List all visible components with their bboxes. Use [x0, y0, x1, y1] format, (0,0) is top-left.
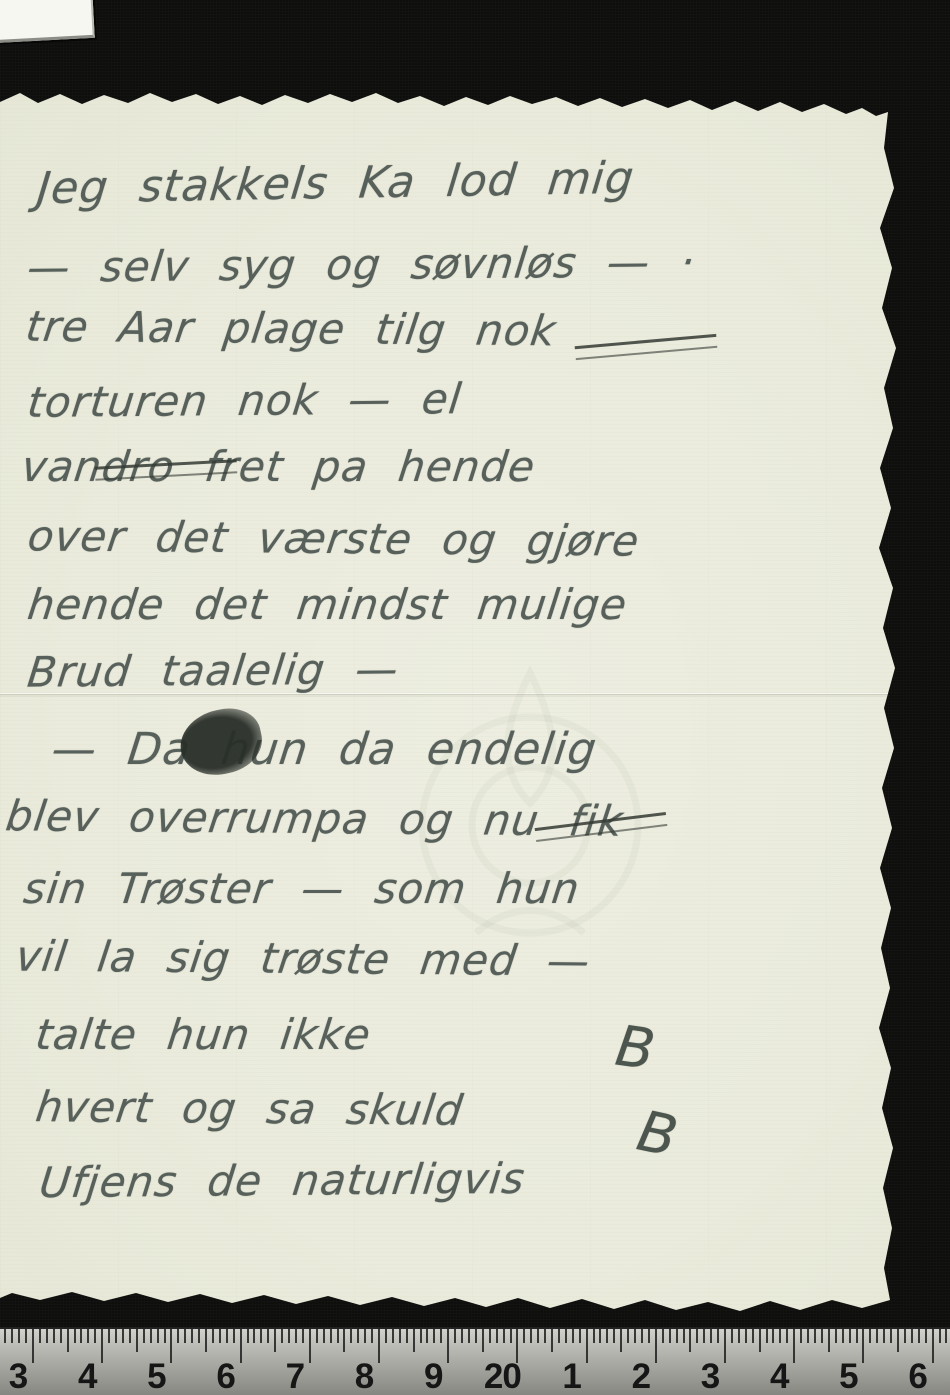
handwriting-line: talte hun ikke	[33, 1010, 374, 1059]
ruler-tick	[821, 1329, 823, 1343]
ruler-tick	[247, 1329, 249, 1343]
ruler-tick	[53, 1329, 55, 1343]
ruler-tick	[4, 1329, 6, 1343]
ruler-tick	[357, 1329, 359, 1343]
ruler-tick	[862, 1329, 864, 1363]
ruler-tick	[426, 1329, 428, 1343]
handwriting-line: tre Aar plage tilg nok	[23, 302, 559, 356]
ruler-tick	[274, 1329, 276, 1352]
ruler-tick	[11, 1329, 13, 1343]
ruler-tick	[696, 1329, 698, 1343]
ruler-tick	[323, 1329, 325, 1343]
ruler-tick	[932, 1329, 934, 1363]
ruler-tick	[447, 1329, 449, 1363]
ruler-tick	[316, 1329, 318, 1343]
ruler-tick	[648, 1329, 650, 1343]
ruler-tick	[143, 1329, 145, 1343]
ruler-tick	[793, 1329, 795, 1363]
handwriting-line: — Da hun da endelig	[49, 724, 600, 775]
ruler-tick	[39, 1329, 41, 1343]
ruler-tick	[586, 1329, 588, 1363]
ruler-tick	[731, 1329, 733, 1343]
ruler-tick	[890, 1329, 892, 1343]
ruler-tick	[558, 1329, 560, 1343]
ruler-tick	[925, 1329, 927, 1343]
ruler-number: 6	[908, 1357, 926, 1395]
ruler-tick	[703, 1329, 705, 1343]
ruler-tick	[170, 1329, 172, 1363]
ruler-number: 4	[770, 1357, 788, 1395]
ruler-tick	[593, 1329, 595, 1343]
handwriting-line: blev overrumpa og nu fik	[3, 791, 626, 845]
ruler-tick	[94, 1329, 96, 1343]
ruler-tick	[150, 1329, 152, 1343]
ruler-number: 20	[484, 1357, 521, 1395]
ruler-tick	[108, 1329, 110, 1343]
ruler-tick	[46, 1329, 48, 1343]
handwriting-line: Brud taalelig —	[25, 644, 401, 696]
ruler-tick	[599, 1329, 601, 1343]
ruler-tick	[461, 1329, 463, 1343]
ruler-tick	[350, 1329, 352, 1343]
ruler-number: 9	[424, 1357, 442, 1395]
ruler-tick	[295, 1329, 297, 1343]
ruler-tick	[198, 1329, 200, 1343]
handwriting-layer: Jeg stakkels Ka lod mig— selv syg og søv…	[0, 0, 950, 1395]
ruler-tick	[510, 1329, 512, 1343]
ruler-tick	[184, 1329, 186, 1343]
ruler-tick	[530, 1329, 532, 1343]
ruler-tick	[253, 1329, 255, 1343]
ruler-tick	[482, 1329, 484, 1352]
ruler-tick	[724, 1329, 726, 1363]
ruler-tick	[904, 1329, 906, 1343]
ruler-tick	[897, 1329, 899, 1352]
ruler-tick	[440, 1329, 442, 1343]
ruler-tick	[267, 1329, 269, 1343]
ruler-tick	[766, 1329, 768, 1343]
ruler-tick	[579, 1329, 581, 1343]
ruler-tick	[869, 1329, 871, 1343]
ruler-tick	[523, 1329, 525, 1343]
handwriting-line: over det værste og gjøre	[25, 511, 642, 565]
ruler-tick	[60, 1329, 62, 1343]
ruler-tick	[177, 1329, 179, 1343]
ruler-tick	[399, 1329, 401, 1343]
ruler-tick	[330, 1329, 332, 1343]
ruler-tick	[856, 1329, 858, 1343]
ruler-tick	[655, 1329, 657, 1363]
strikethrough-mark	[575, 334, 718, 360]
handwriting-line: — selv syg og søvnløs — ·	[25, 237, 698, 292]
ruler-tick	[717, 1329, 719, 1343]
ruler-tick	[233, 1329, 235, 1343]
ruler-tick	[281, 1329, 283, 1343]
ruler-tick	[738, 1329, 740, 1343]
ruler-tick	[260, 1329, 262, 1343]
ruler-tick	[378, 1329, 380, 1363]
ruler-tick	[288, 1329, 290, 1343]
ruler-tick	[489, 1329, 491, 1343]
ruler-number: 6	[216, 1357, 234, 1395]
ruler-tick	[468, 1329, 470, 1343]
ruler-number: 8	[355, 1357, 373, 1395]
ruler-tick	[240, 1329, 242, 1363]
ruler-tick	[122, 1329, 124, 1343]
ruler-tick	[74, 1329, 76, 1343]
ruler-tick	[676, 1329, 678, 1343]
handwriting-line: hvert og sa skuld	[33, 1082, 466, 1135]
ruler-tick	[752, 1329, 754, 1343]
ruler-tick	[641, 1329, 643, 1343]
ruler-number: 7	[286, 1357, 304, 1395]
ruler-tick	[745, 1329, 747, 1343]
ruler-number: 3	[701, 1357, 719, 1395]
ruler-tick	[371, 1329, 373, 1343]
ruler-tick	[911, 1329, 913, 1343]
handwriting-line: Jeg stakkels Ka lod mig	[35, 153, 637, 214]
ruler-tick	[828, 1329, 830, 1352]
ruler-tick	[544, 1329, 546, 1343]
ruler-tick	[67, 1329, 69, 1352]
ruler-tick	[136, 1329, 138, 1352]
ruler-tick	[385, 1329, 387, 1343]
ruler-tick	[572, 1329, 574, 1343]
handwriting-line: sin Trøster — som hun	[21, 864, 583, 913]
ruler-tick	[918, 1329, 920, 1343]
ruler-tick	[565, 1329, 567, 1343]
ruler-tick	[413, 1329, 415, 1352]
ruler-tick	[807, 1329, 809, 1343]
ruler-tick	[406, 1329, 408, 1343]
ruler-tick	[475, 1329, 477, 1343]
ruler-number: 2	[632, 1357, 650, 1395]
ruler-tick	[343, 1329, 345, 1352]
margin-letter: B	[612, 1014, 659, 1084]
margin-letter: B	[632, 1099, 683, 1171]
ruler-tick	[219, 1329, 221, 1343]
handwriting-line: hende det mindst mulige	[25, 580, 630, 629]
ruler-number: 5	[839, 1357, 857, 1395]
ruler-tick	[689, 1329, 691, 1352]
ruler-tick	[25, 1329, 27, 1343]
ruler-tick	[337, 1329, 339, 1343]
ruler-tick	[876, 1329, 878, 1343]
ruler-tick	[157, 1329, 159, 1343]
ruler-tick	[32, 1329, 34, 1363]
ruler-tick	[80, 1329, 82, 1343]
ruler-tick	[800, 1329, 802, 1343]
ruler-tick	[205, 1329, 207, 1352]
ruler-tick	[634, 1329, 636, 1343]
ruler-tick	[87, 1329, 89, 1343]
ruler-tick	[945, 1329, 947, 1343]
ruler-tick	[627, 1329, 629, 1343]
ruler-tick	[842, 1329, 844, 1343]
ruler-tick	[115, 1329, 117, 1343]
handwriting-line: torturen nok — el	[25, 374, 464, 427]
ruler-tick	[364, 1329, 366, 1343]
ruler-tick	[392, 1329, 394, 1343]
ruler-tick	[779, 1329, 781, 1343]
ruler-tick	[164, 1329, 166, 1343]
ruler-tick	[496, 1329, 498, 1343]
ruler-tick	[710, 1329, 712, 1343]
ruler-tick	[212, 1329, 214, 1343]
ruler-tick	[101, 1329, 103, 1363]
ruler-tick	[226, 1329, 228, 1343]
ruler-tick	[433, 1329, 435, 1343]
ruler-tick	[420, 1329, 422, 1343]
ruler-tick	[759, 1329, 761, 1352]
ruler-tick	[613, 1329, 615, 1343]
ruler-tick	[309, 1329, 311, 1363]
ruler-tick	[551, 1329, 553, 1352]
ruler-tick	[669, 1329, 671, 1343]
ruler-tick	[939, 1329, 941, 1343]
ruler-tick	[683, 1329, 685, 1343]
ruler-tick	[662, 1329, 664, 1343]
ruler-tick	[537, 1329, 539, 1343]
ruler-tick	[814, 1329, 816, 1343]
ruler-tick	[503, 1329, 505, 1343]
ruler-number: 1	[562, 1357, 580, 1395]
ruler-tick	[786, 1329, 788, 1343]
ruler-tick	[191, 1329, 193, 1343]
ruler-number: 5	[147, 1357, 165, 1395]
ruler-tick	[129, 1329, 131, 1343]
ruler-tick	[18, 1329, 20, 1343]
ruler-number: 3	[9, 1357, 27, 1395]
manuscript-scan: { "scan": { "description": "Scanned hand…	[0, 0, 950, 1395]
ruler: 345678920123456	[0, 1327, 950, 1395]
handwriting-line: Ufjens de naturligvis	[37, 1154, 528, 1207]
ruler-tick	[849, 1329, 851, 1343]
ruler-tick	[302, 1329, 304, 1343]
ruler-tick	[606, 1329, 608, 1343]
ruler-tick	[772, 1329, 774, 1343]
ruler-tick	[883, 1329, 885, 1343]
ruler-tick	[454, 1329, 456, 1343]
ruler-tick	[620, 1329, 622, 1352]
ruler-number: 4	[78, 1357, 96, 1395]
handwriting-line: vil la sig trøste med —	[13, 931, 593, 985]
ruler-tick	[835, 1329, 837, 1343]
